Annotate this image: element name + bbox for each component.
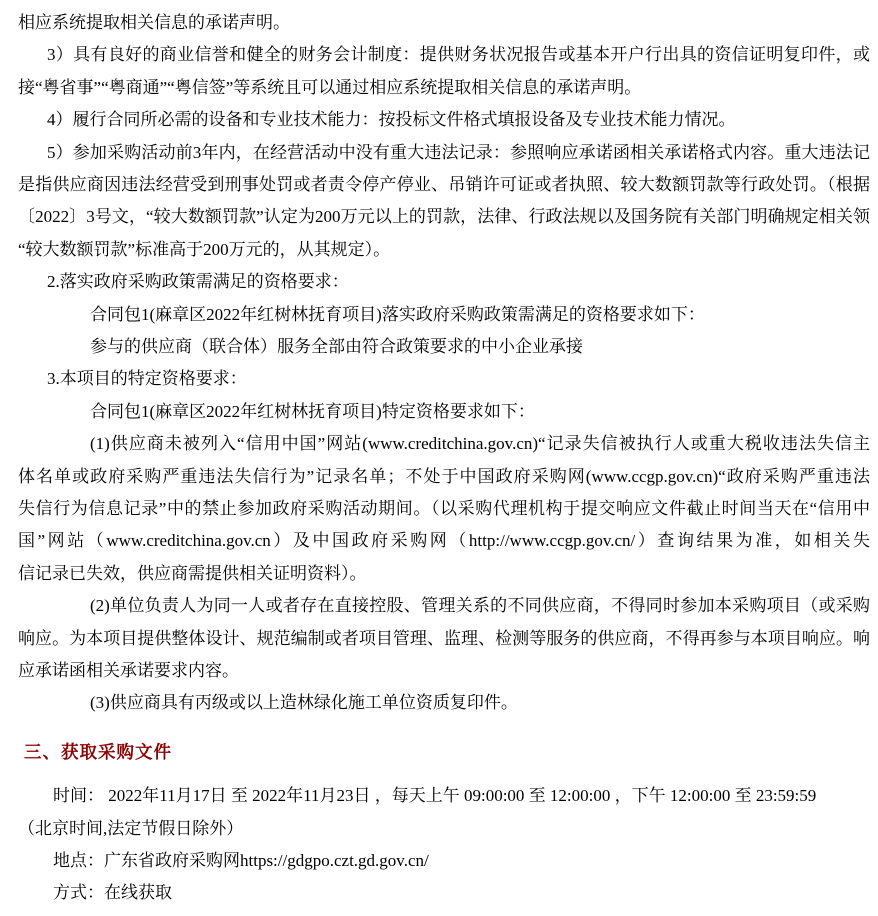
doc-line: 国”网站（www.creditchina.gov.cn）及中国政府采购网（htt… <box>18 525 870 557</box>
doc-line-time: 时间： 2022年11月17日 至 2022年11月23日 ，每天上午 09:0… <box>18 780 870 812</box>
doc-line-clause-3: 3.本项目的特定资格要求： <box>18 363 870 395</box>
doc-line: 应承诺函相关承诺要求内容。 <box>18 655 870 687</box>
doc-line: 4）履行合同所必需的设备和专业技术能力：按投标文件格式填报设备及专业技术能力情况… <box>18 104 870 136</box>
doc-line-location: 地点：广东省政府采购网https://gdgpo.czt.gd.gov.cn/ <box>18 845 870 877</box>
doc-line-clause-2: 2.落实政府采购政策需满足的资格要求： <box>18 266 870 298</box>
doc-line: 是指供应商因违法经营受到刑事处罚或者责令停产停业、吊销许可证或者执照、较大数额罚… <box>18 169 870 201</box>
section-heading-obtain-procurement-documents: 三、获取采购文件 <box>24 736 870 768</box>
doc-line: 合同包1(麻章区2022年红树林抚育项目)落实政府采购政策需满足的资格要求如下： <box>18 299 870 331</box>
procurement-announcement-document: 相应系统提取相关信息的承诺声明。 3）具有良好的商业信誉和健全的财务会计制度：提… <box>0 0 878 916</box>
doc-line: 5）参加采购活动前3年内，在经营活动中没有重大违法记录：参照响应承诺函相关承诺格… <box>18 137 870 169</box>
doc-line: “较大数额罚款”标准高于200万元的，从其规定）。 <box>18 234 870 266</box>
doc-line: (1)供应商未被列入“信用中国”网站(www.creditchina.gov.c… <box>18 428 870 460</box>
doc-line: 参与的供应商（联合体）服务全部由符合政策要求的中小企业承接 <box>18 331 870 363</box>
doc-line: (3)供应商具有丙级或以上造林绿化施工单位资质复印件。 <box>18 687 870 719</box>
doc-line: 信记录已失效，供应商需提供相关证明资料）。 <box>18 558 870 590</box>
doc-line: 3）具有良好的商业信誉和健全的财务会计制度：提供财务状况报告或基本开户行出具的资… <box>18 39 870 71</box>
doc-line-method: 方式：在线获取 <box>18 877 870 909</box>
doc-line: 相应系统提取相关信息的承诺声明。 <box>18 7 870 39</box>
doc-line-timezone: （北京时间,法定节假日除外） <box>18 813 870 845</box>
doc-line: (2)单位负责人为同一人或者存在直接控股、管理关系的不同供应商，不得同时参加本采… <box>18 590 870 622</box>
doc-line: 体名单或政府采购严重违法失信行为”记录名单；不处于中国政府采购网(www.ccg… <box>18 461 870 493</box>
doc-line: 〔2022〕3号文，“较大数额罚款”认定为200万元以上的罚款，法律、行政法规以… <box>18 201 870 233</box>
doc-line: 响应。为本项目提供整体设计、规范编制或者项目管理、监理、检测等服务的供应商，不得… <box>18 623 870 655</box>
doc-line: 接“粤省事”“粤商通”“粤信签”等系统且可以通过相应系统提取相关信息的承诺声明。 <box>18 72 870 104</box>
doc-line: 合同包1(麻章区2022年红树林抚育项目)特定资格要求如下： <box>18 396 870 428</box>
doc-line: 失信行为信息记录”中的禁止参加政府采购活动期间。（以采购代理机构于提交响应文件截… <box>18 493 870 525</box>
